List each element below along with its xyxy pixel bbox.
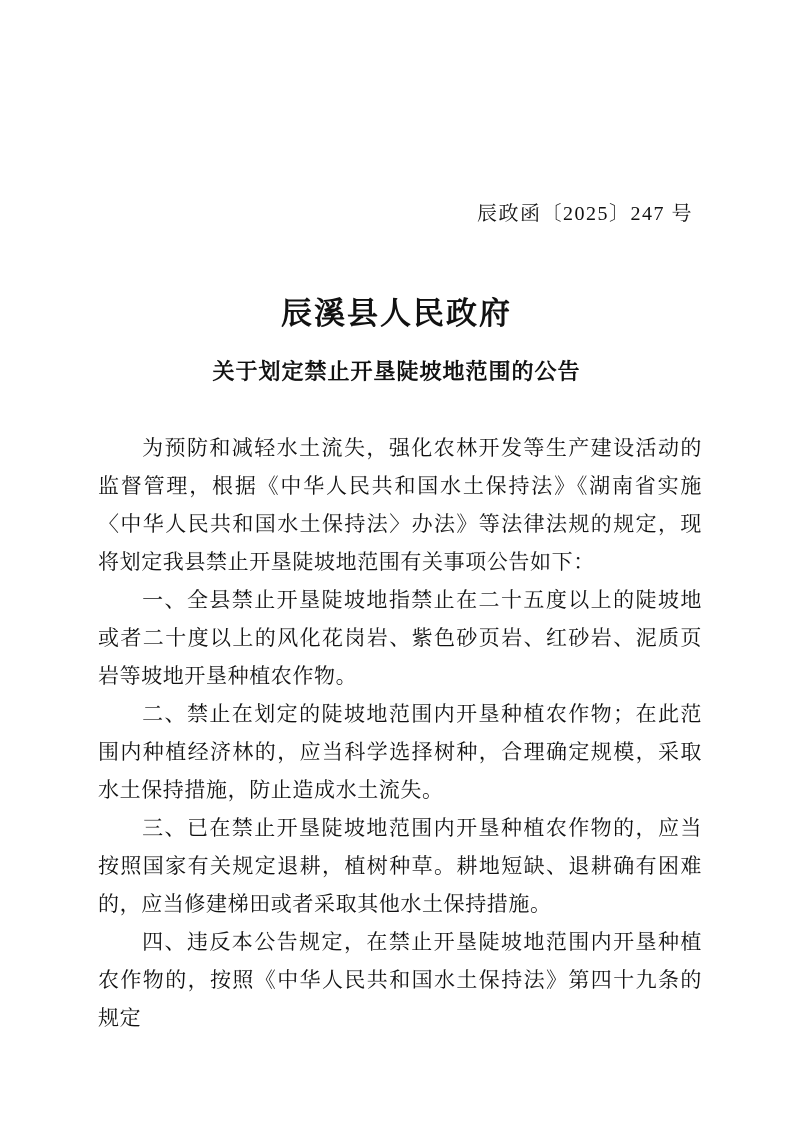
announcement-title: 关于划定禁止开垦陡坡地范围的公告 bbox=[0, 355, 793, 386]
document-number: 辰政函〔2025〕247 号 bbox=[0, 197, 693, 226]
body-paragraph-item-3: 三、已在禁止开垦陡坡地范围内开垦种植农作物的，应当按照国家有关规定退耕，植树种草… bbox=[98, 809, 702, 923]
issuer-title: 辰溪县人民政府 bbox=[0, 288, 793, 333]
document-page: 辰政函〔2025〕247 号 辰溪县人民政府 关于划定禁止开垦陡坡地范围的公告 … bbox=[0, 0, 793, 1122]
body-paragraph-item-4: 四、违反本公告规定，在禁止开垦陡坡地范围内开垦种植农作物的，按照《中华人民共和国… bbox=[98, 923, 702, 1037]
body-paragraph-item-1: 一、全县禁止开垦陡坡地指禁止在二十五度以上的陡坡地或者二十度以上的风化花岗岩、紫… bbox=[98, 581, 702, 695]
document-body: 为预防和减轻水土流失，强化农林开发等生产建设活动的监督管理，根据《中华人民共和国… bbox=[98, 429, 702, 1037]
body-paragraph-intro: 为预防和减轻水土流失，强化农林开发等生产建设活动的监督管理，根据《中华人民共和国… bbox=[98, 429, 702, 581]
body-paragraph-item-2: 二、禁止在划定的陡坡地范围内开垦种植农作物；在此范围内种植经济林的，应当科学选择… bbox=[98, 695, 702, 809]
